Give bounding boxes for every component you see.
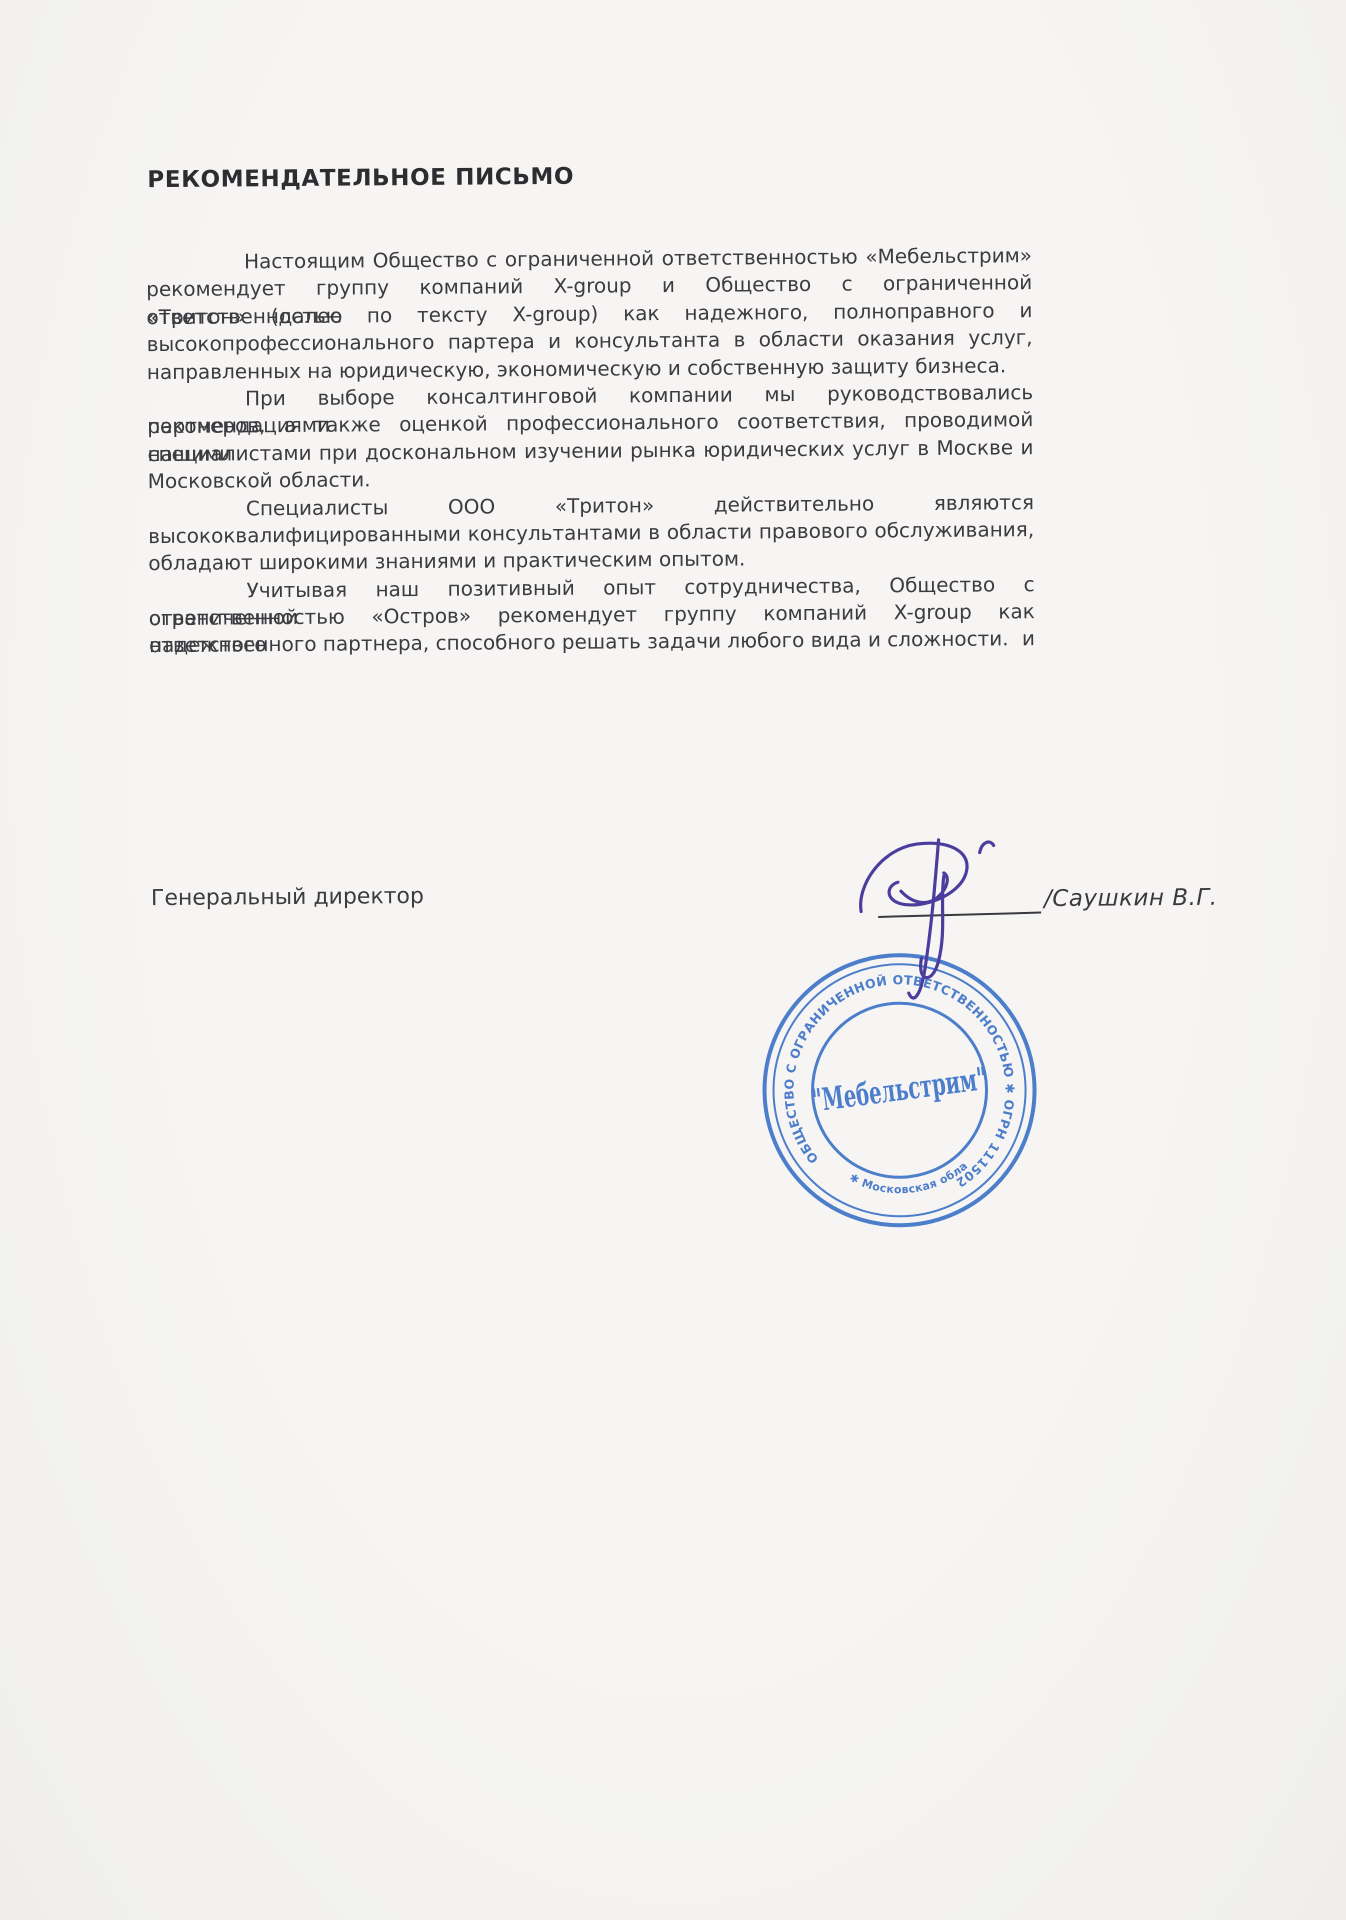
signature-tick: [980, 842, 994, 853]
scanned-letter-page: РЕКОМЕНДАТЕЛЬНОЕ ПИСЬМО Настоящим Общест…: [0, 0, 1346, 1920]
stamp-center-text: "Мебельстрим": [810, 1061, 989, 1120]
letter-title: РЕКОМЕНДАТЕЛЬНОЕ ПИСЬМО: [147, 164, 574, 193]
signature-ink: [841, 830, 1027, 1016]
signatory-name: /Саушкин В.Г.: [1044, 885, 1218, 912]
signature-tail: [908, 840, 940, 998]
letter-body: Настоящим Общество с ограниченной ответс…: [146, 242, 1035, 660]
body-line: ответственного партнера, способного реша…: [149, 626, 1035, 660]
signatory-role: Генеральный директор: [151, 884, 424, 911]
